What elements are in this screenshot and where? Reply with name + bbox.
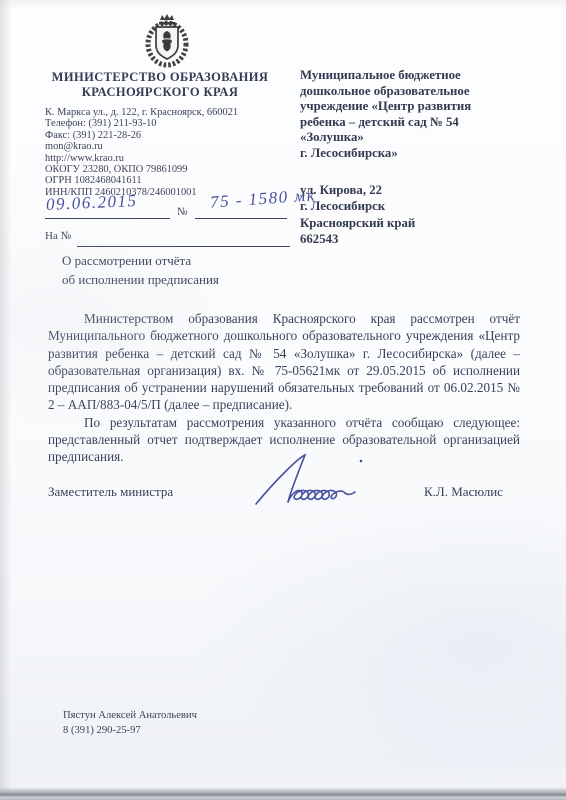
sender-fax: Факс: (391) 221-28-26 — [45, 130, 238, 141]
sender-ogrn: ОГРН 1082468041611 — [45, 175, 238, 186]
subject-line2: об исполнении предписания — [62, 271, 322, 290]
sender-phone: Телефон: (391) 211-93-10 — [45, 118, 238, 129]
ministry-name-line2: КРАСНОЯРСКОГО КРАЯ — [28, 85, 292, 100]
recipient-org-line: ребенка – детский сад № 54 — [300, 115, 550, 131]
recipient-address-line: г. Лесосибирск — [300, 198, 550, 214]
recipient-org-line: учреждение «Центр развития — [300, 99, 550, 115]
signature-autograph-icon — [248, 450, 403, 517]
sender-ministry-name: МИНИСТЕРСТВО ОБРАЗОВАНИЯ КРАСНОЯРСКОГО К… — [28, 70, 292, 100]
in-reply-label: На № — [45, 230, 71, 242]
recipient-org-line: дошкольное образовательное — [300, 84, 550, 100]
letter-subject: О рассмотрении отчёта об исполнении пред… — [62, 252, 322, 289]
executor-phone: 8 (391) 290-25-97 — [63, 723, 197, 738]
ministry-name-line1: МИНИСТЕРСТВО ОБРАЗОВАНИЯ — [28, 70, 292, 85]
recipient-address-block: ул. Кирова, 22 г. Лесосибирск Красноярск… — [300, 182, 550, 248]
scan-left-edge — [0, 0, 14, 800]
recipient-address-line: Красноярский край — [300, 215, 550, 231]
signatory-name: К.Л. Масюлис — [424, 484, 503, 500]
recipient-address-line: 662543 — [300, 231, 550, 247]
sender-contact-block: К. Маркса ул., д. 122, г. Красноярск, 66… — [45, 107, 238, 198]
in-reply-underline — [77, 246, 290, 247]
sender-okogu-okpo: ОКОГУ 23280, ОКПО 79861099 — [45, 164, 238, 175]
scanned-letter-page: МИНИСТЕРСТВО ОБРАЗОВАНИЯ КРАСНОЯРСКОГО К… — [0, 0, 566, 800]
scan-top-edge — [0, 0, 566, 10]
sender-email: mon@krao.ru — [45, 141, 238, 152]
executor-block: Пястун Алексей Анатольевич 8 (391) 290-2… — [63, 708, 197, 738]
body-paragraph-1: Министерством образования Красноярского … — [48, 310, 520, 414]
recipient-org-block: Муниципальное бюджетное дошкольное образ… — [300, 68, 550, 162]
recipient-org-line: г. Лесосибирска» — [300, 146, 550, 162]
scan-bottom-edge — [0, 787, 566, 800]
number-sign: № — [177, 206, 188, 218]
sender-address: К. Маркса ул., д. 122, г. Красноярск, 66… — [45, 107, 238, 118]
sender-website: http://www.krao.ru — [45, 153, 238, 164]
subject-line1: О рассмотрении отчёта — [62, 252, 322, 271]
letter-body: Министерством образования Красноярского … — [48, 310, 520, 466]
in-reply-ref-line: На № — [45, 230, 290, 250]
recipient-org-line: Муниципальное бюджетное — [300, 68, 550, 84]
recipient-address-line: ул. Кирова, 22 — [300, 182, 550, 198]
handwritten-outgoing-date: 09.06.2015 — [46, 191, 138, 215]
coat-of-arms-icon — [138, 12, 196, 73]
executor-name: Пястун Алексей Анатольевич — [63, 708, 197, 723]
signatory-position: Заместитель министра — [48, 484, 173, 500]
recipient-org-line: «Золушка» — [300, 130, 550, 146]
